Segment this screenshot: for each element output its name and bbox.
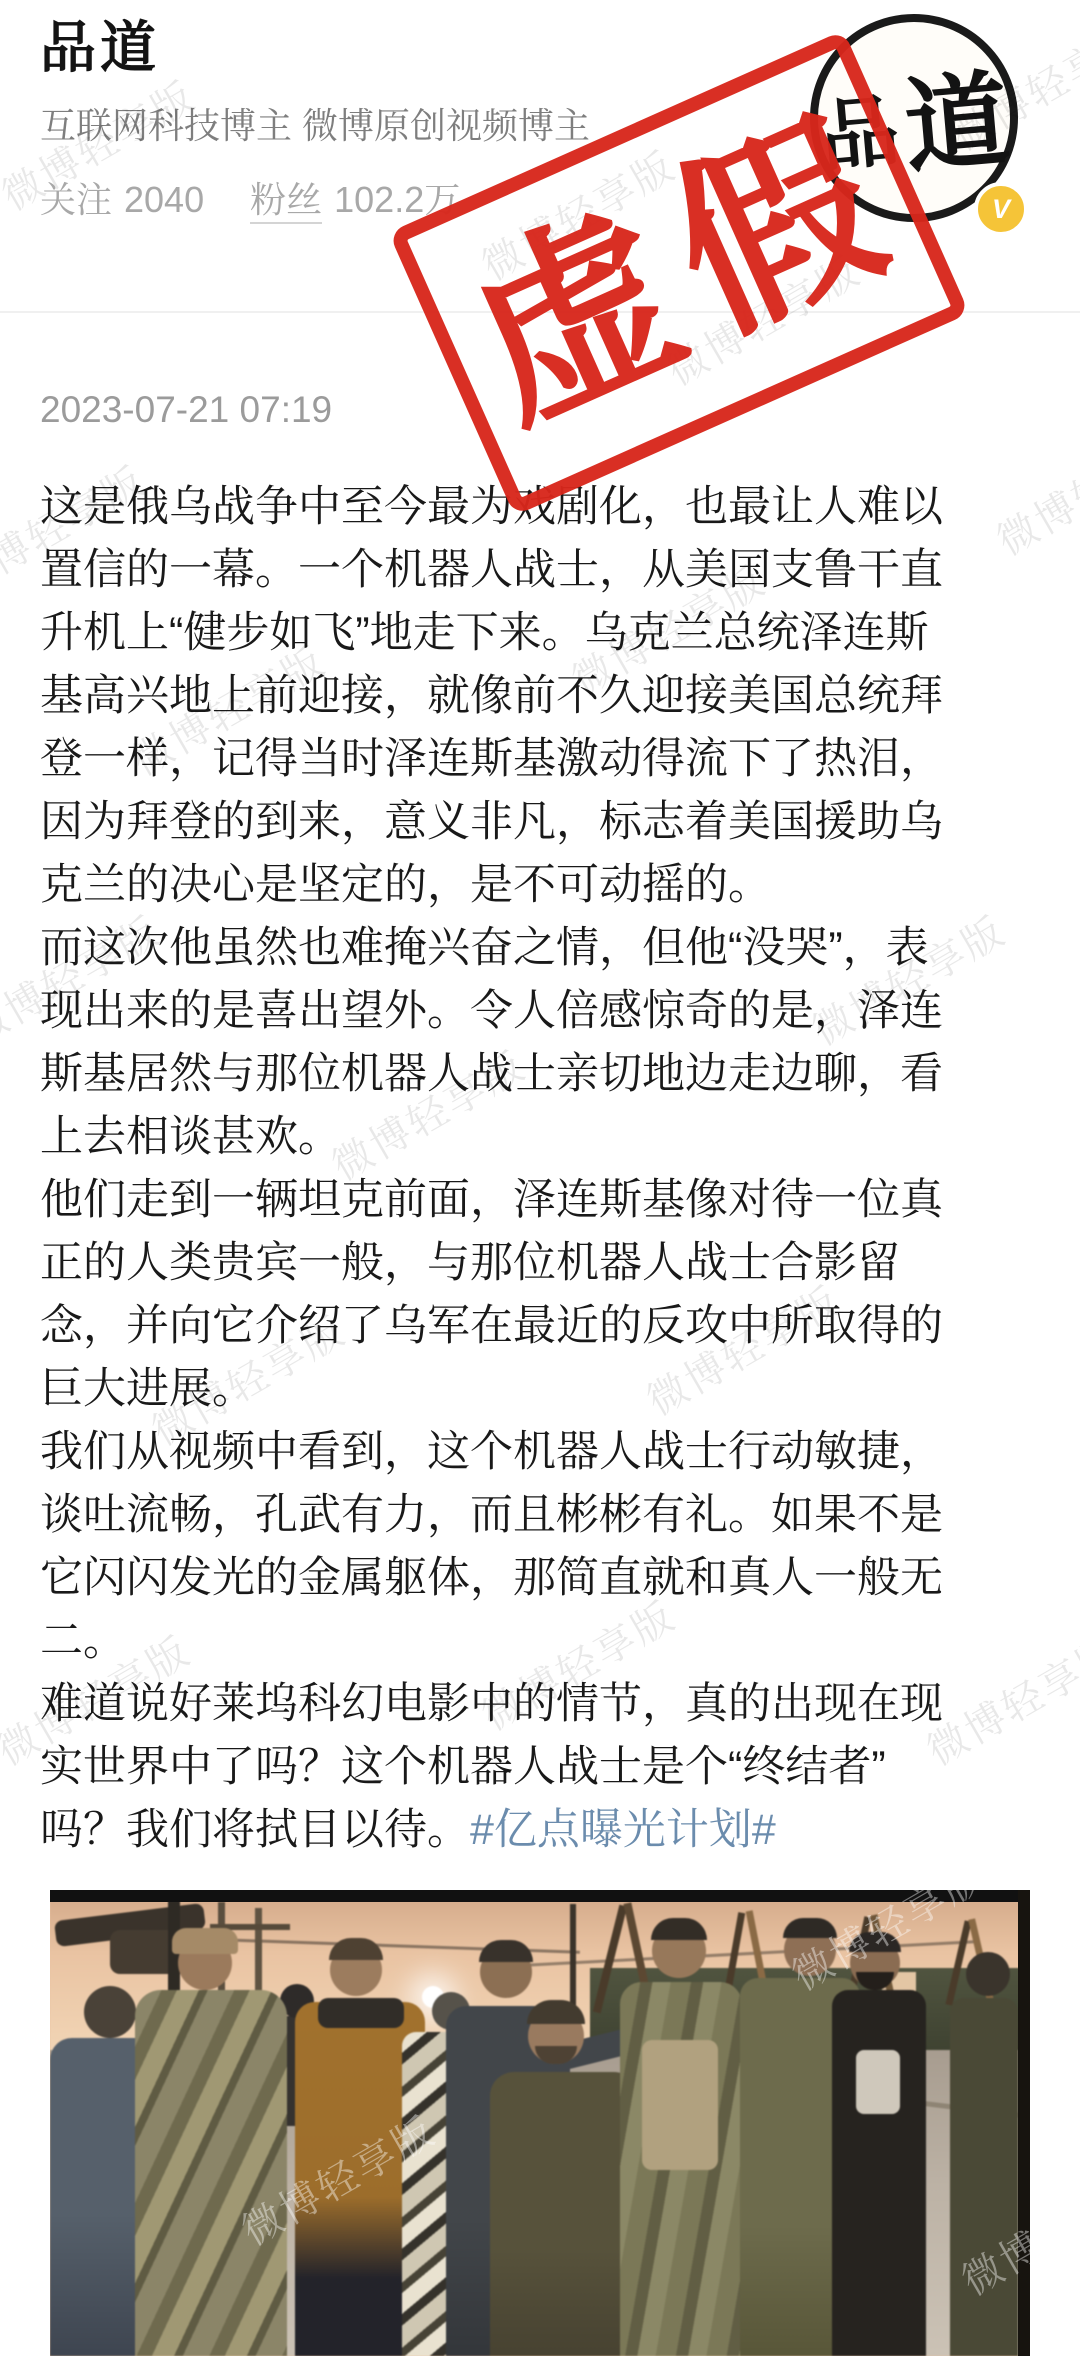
verified-badge-icon: V [974,182,1028,236]
follow-label[interactable]: 关注 [40,179,112,220]
paragraph: 难道说好莱坞科幻电影中的情节，真的出现在现 实世界中了吗？这个机器人战士是个“终… [40,1673,1044,1862]
profile-name: 品道 [40,4,160,84]
photo-scene [50,1890,1030,2356]
photo-scaffold [255,1908,262,1993]
person-camo-vest-inner [642,2040,718,2170]
person-left-camo-head [84,1986,136,2038]
hashtag-link[interactable]: #亿点曝光计划# [470,1806,776,1854]
person-khaki-coat-hair [783,1918,837,1938]
person-mustard-collar [318,1998,404,2028]
follow-count[interactable]: 2040 [124,179,204,220]
post-photo[interactable] [50,1890,1030,2356]
person-beret [172,1928,238,1954]
person-zelensky [490,2072,638,2356]
profile-tags: 互联网科技博主 微博原创视频博主 [40,98,590,149]
person-right-partial-head [966,1952,1010,1996]
paragraph: 他们走到一辆坦克前面，泽连斯基像对待一位真 正的人类贵宾一般，与那位机器人战士合… [40,1169,1044,1421]
photo-letterbox-right [1018,1890,1030,2356]
paragraph: 而这次他虽然也难掩兴奋之情，但他“没哭”，表 现出来的是喜出望外。令人倍感惊奇的… [40,917,1044,1169]
post-body: 这是俄乌战争中至今最为戏剧化，也最让人难以 置信的一幕。一个机器人战士，从美国支… [40,476,1044,1862]
person-bearded-dark [832,1990,926,2356]
photo-letterbox-top [50,1890,1030,1902]
fans-label[interactable]: 粉丝 [250,179,322,224]
person-right-partial [950,1998,1018,2356]
paragraph: 这是俄乌战争中至今最为戏剧化，也最让人难以 置信的一幕。一个机器人战士，从美国支… [40,476,1044,917]
profile-stats: 关注2040粉丝102.2万 [40,172,460,223]
post-timestamp: 2023-07-21 07:19 [40,389,332,431]
person-beret-soldier [135,1990,287,2356]
person-bearded-chest [856,2050,900,2114]
weibo-post-page: 品道 互联网科技博主 微博原创视频博主 关注2040粉丝102.2万 品道 V … [0,0,1080,2356]
paragraph: 我们从视频中看到，这个机器人战士行动敏捷， 谈吐流畅，孔武有力，而且彬彬有礼。如… [40,1421,1044,1673]
